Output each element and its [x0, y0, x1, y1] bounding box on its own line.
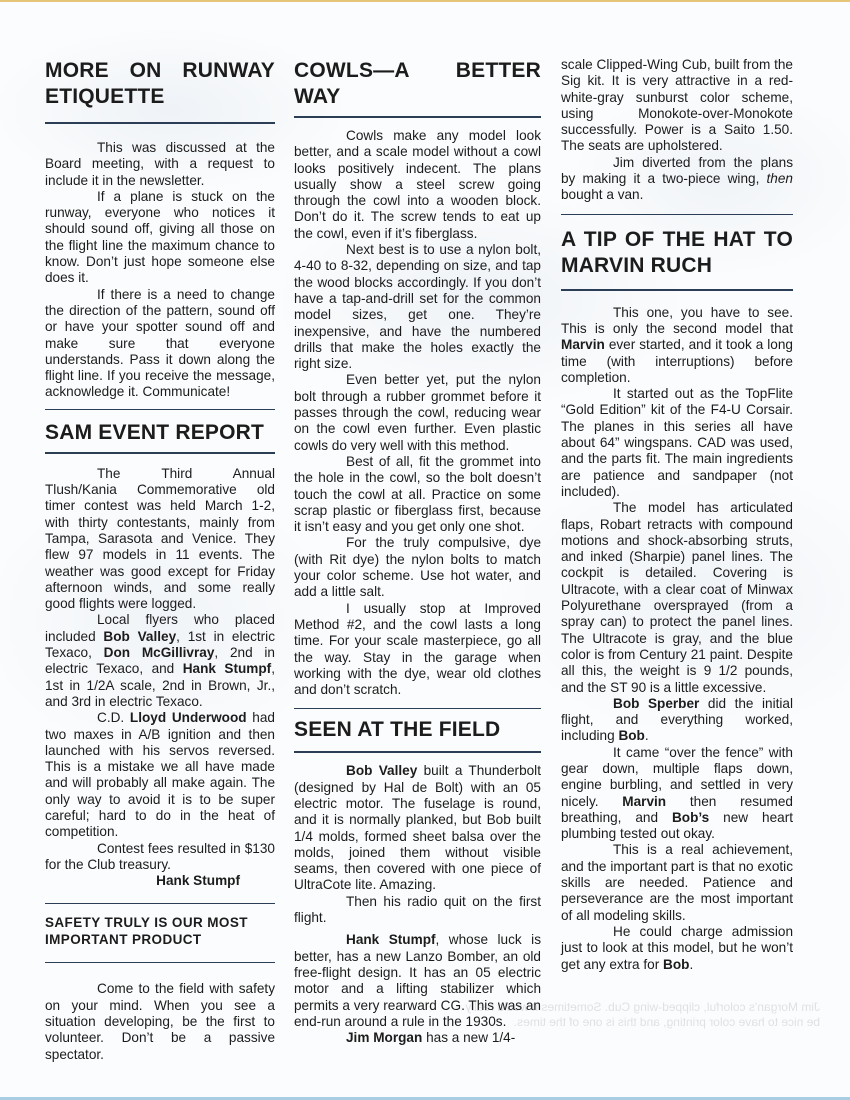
paragraph: Even better yet, put the nylon bolt thro… [294, 372, 541, 453]
column-middle: COWLS—A BETTER WAY Cowls make any model … [294, 58, 541, 1046]
paragraph: If there is a need to change the directi… [45, 287, 275, 401]
emphasis: then [767, 171, 793, 186]
page-top-edge [0, 0, 850, 2]
paragraph: It came “over the fence” with gear down,… [561, 745, 793, 843]
paragraph: Cowls make any model look better, and a … [294, 128, 541, 242]
person-name: Bob’s [672, 810, 709, 825]
divider [45, 962, 275, 963]
article-sam-event-report: SAM EVENT REPORT The Third Annual Tlush/… [45, 420, 275, 890]
paragraph: Jim Morgan has a new 1/4- [294, 1030, 541, 1046]
paragraph: Next best is to use a nylon bolt, 4-40 t… [294, 242, 541, 372]
headline-seen-at-field: SEEN AT THE FIELD [294, 717, 541, 743]
byline: Hank Stumpf [45, 873, 275, 889]
headline-cowls: COWLS—A BETTER WAY [294, 58, 541, 110]
headline-marvin-ruch: A TIP OF THE HAT TO MARVIN RUCH [561, 227, 793, 279]
paragraph: The Third Annual Tlush/Kania Commemorati… [45, 466, 275, 613]
person-name: Bob Sperber [613, 696, 699, 711]
paragraph: I usually stop at Improved Method #2, an… [294, 601, 541, 699]
paragraph: Best of all, fit the grommet into the ho… [294, 454, 541, 535]
person-name: Don McGillivray [104, 645, 215, 660]
paragraph: Come to the field with safety on your mi… [45, 981, 275, 1062]
paragraph: The model has articulated flaps, Robart … [561, 500, 793, 696]
person-name: Bob Valley [346, 763, 417, 778]
paragraph: Hank Stumpf, whose luck is better, has a… [294, 932, 541, 1030]
divider [561, 214, 793, 215]
paragraph: This one, you have to see. This is only … [561, 305, 793, 386]
person-name: Jim Morgan [346, 1030, 422, 1045]
article-cowls: COWLS—A BETTER WAY Cowls make any model … [294, 58, 541, 698]
person-name: Bob [618, 728, 644, 743]
article-safety: SAFETY TRULY IS OUR MOST IMPORTANT PRODU… [45, 914, 275, 1062]
divider [45, 122, 275, 124]
paragraph: Contest fees resulted in $130 for the Cl… [45, 841, 275, 874]
paragraph: Jim diverted from the plans by making it… [561, 155, 793, 204]
divider [45, 903, 275, 904]
person-name: Bob [663, 957, 689, 972]
person-name: Marvin [622, 794, 666, 809]
person-name: Lloyd Underwood [130, 710, 247, 725]
paragraph: This is a real achievement, and the impo… [561, 842, 793, 923]
paragraph: Then his radio quit on the first flight. [294, 894, 541, 927]
divider [294, 751, 541, 753]
paragraph: For the truly compulsive, dye (with Rit … [294, 535, 541, 600]
person-name: Hank Stumpf [183, 661, 272, 676]
paragraph: He could charge admission just to look a… [561, 924, 793, 973]
divider [45, 452, 275, 454]
article-marvin-ruch: A TIP OF THE HAT TO MARVIN RUCH This one… [561, 227, 793, 973]
article-seen-at-field: SEEN AT THE FIELD Bob Valley built a Thu… [294, 717, 541, 1046]
paragraph: Local flyers who placed included Bob Val… [45, 612, 275, 710]
article-runway-etiquette: MORE ON RUNWAY ETIQUETTE This was discus… [45, 58, 275, 401]
column-left: MORE ON RUNWAY ETIQUETTE This was discus… [45, 58, 275, 1063]
divider [45, 409, 275, 410]
headline-sam-event-report: SAM EVENT REPORT [45, 420, 275, 446]
paragraph: Bob Sperber did the initial flight, and … [561, 696, 793, 745]
paragraph: Bob Valley built a Thunderbolt (designed… [294, 763, 541, 893]
paragraph: scale Clipped-Wing Cub, built from the S… [561, 57, 793, 155]
paragraph: This was discussed at the Board meeting,… [45, 140, 275, 189]
paragraph: If a plane is stuck on the runway, every… [45, 189, 275, 287]
person-name: Hank Stumpf [346, 932, 436, 947]
divider [294, 116, 541, 118]
paragraph: It started out as the TopFlite “Gold Edi… [561, 386, 793, 500]
paragraph: C.D. Lloyd Underwood had two maxes in A/… [45, 710, 275, 840]
person-name: Marvin [561, 337, 605, 352]
article-seen-at-field-continued: scale Clipped-Wing Cub, built from the S… [561, 57, 793, 204]
column-right: scale Clipped-Wing Cub, built from the S… [561, 57, 793, 973]
divider [561, 289, 793, 291]
headline-safety: SAFETY TRULY IS OUR MOST IMPORTANT PRODU… [45, 914, 275, 948]
headline-runway-etiquette: MORE ON RUNWAY ETIQUETTE [45, 58, 275, 110]
divider [294, 708, 541, 709]
person-name: Bob Valley [103, 629, 176, 644]
